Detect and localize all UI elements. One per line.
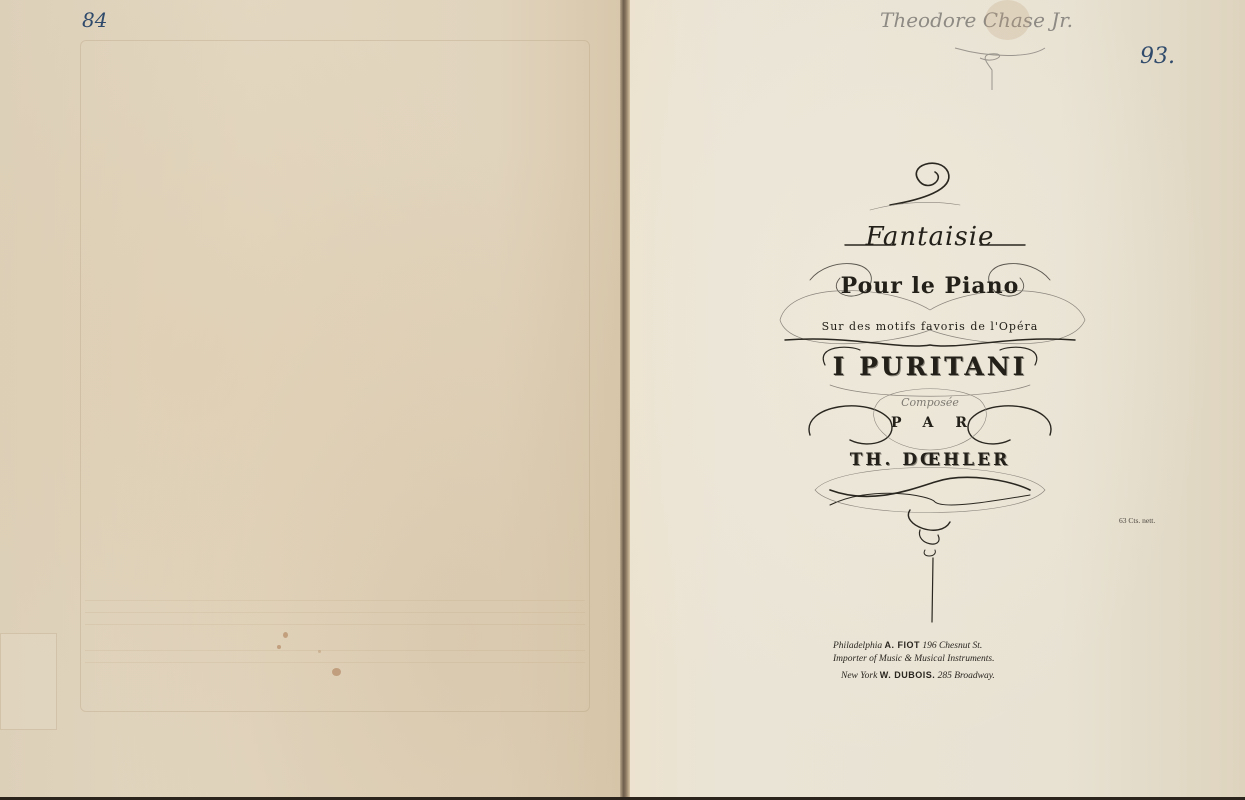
- imprint-line-2: Importer of Music & Musical Instruments.: [833, 653, 1033, 666]
- paper-patch: [0, 633, 57, 730]
- water-stain: [985, 0, 1030, 40]
- imprint-address: 196 Chesnut St.: [922, 641, 982, 651]
- title-fantaisie: Fantaisie: [770, 222, 1090, 252]
- title-composer: TH. DŒHLER: [770, 450, 1090, 470]
- left-page: 84: [0, 0, 620, 797]
- title-composee: Composée: [770, 396, 1090, 409]
- foxing-stain: [283, 632, 288, 638]
- show-through-staff: [85, 662, 585, 663]
- right-page-number: 93.: [1140, 44, 1175, 69]
- imprint-line-3: New York W. DUBOIS. 285 Broadway.: [833, 669, 1033, 683]
- book-gutter: [620, 0, 630, 797]
- imprint-city: Philadelphia: [833, 641, 882, 651]
- imprint-line-1: Philadelphia A. FIOT 196 Chesnut St.: [833, 639, 1033, 653]
- pencil-signature: Theodore Chase Jr.: [880, 8, 1073, 32]
- signature-flourish: [950, 40, 1050, 95]
- book-spread: 84 Theodore Chase Jr. 93.: [0, 0, 1245, 797]
- show-through-staff: [85, 624, 585, 625]
- price-label: 63 Cts. nett.: [1119, 516, 1155, 525]
- foxing-stain: [277, 645, 281, 649]
- title-subtitle: Sur des motifs favoris de l'Opéra: [770, 320, 1090, 333]
- show-through-staff: [85, 650, 585, 651]
- title-opera-name: I PURITANI: [770, 352, 1090, 381]
- foxing-stain: [332, 668, 341, 676]
- foxing-stain: [318, 650, 321, 653]
- show-through-staff: [85, 600, 585, 601]
- imprint-publisher-2: W. DUBOIS.: [880, 670, 936, 680]
- title-pour-le-piano: Pour le Piano: [770, 273, 1090, 299]
- imprint-publisher: A. FIOT: [884, 640, 920, 650]
- title-par: PAR: [770, 415, 1090, 431]
- left-page-number: 84: [82, 8, 107, 32]
- imprint-city-2: New York: [841, 671, 877, 681]
- publisher-imprint: Philadelphia A. FIOT 196 Chesnut St. Imp…: [833, 639, 1033, 683]
- imprint-address-2: 285 Broadway.: [938, 671, 995, 681]
- title-cartouche: Fantaisie Pour le Piano Sur des motifs f…: [770, 160, 1090, 630]
- show-through-staff: [85, 612, 585, 613]
